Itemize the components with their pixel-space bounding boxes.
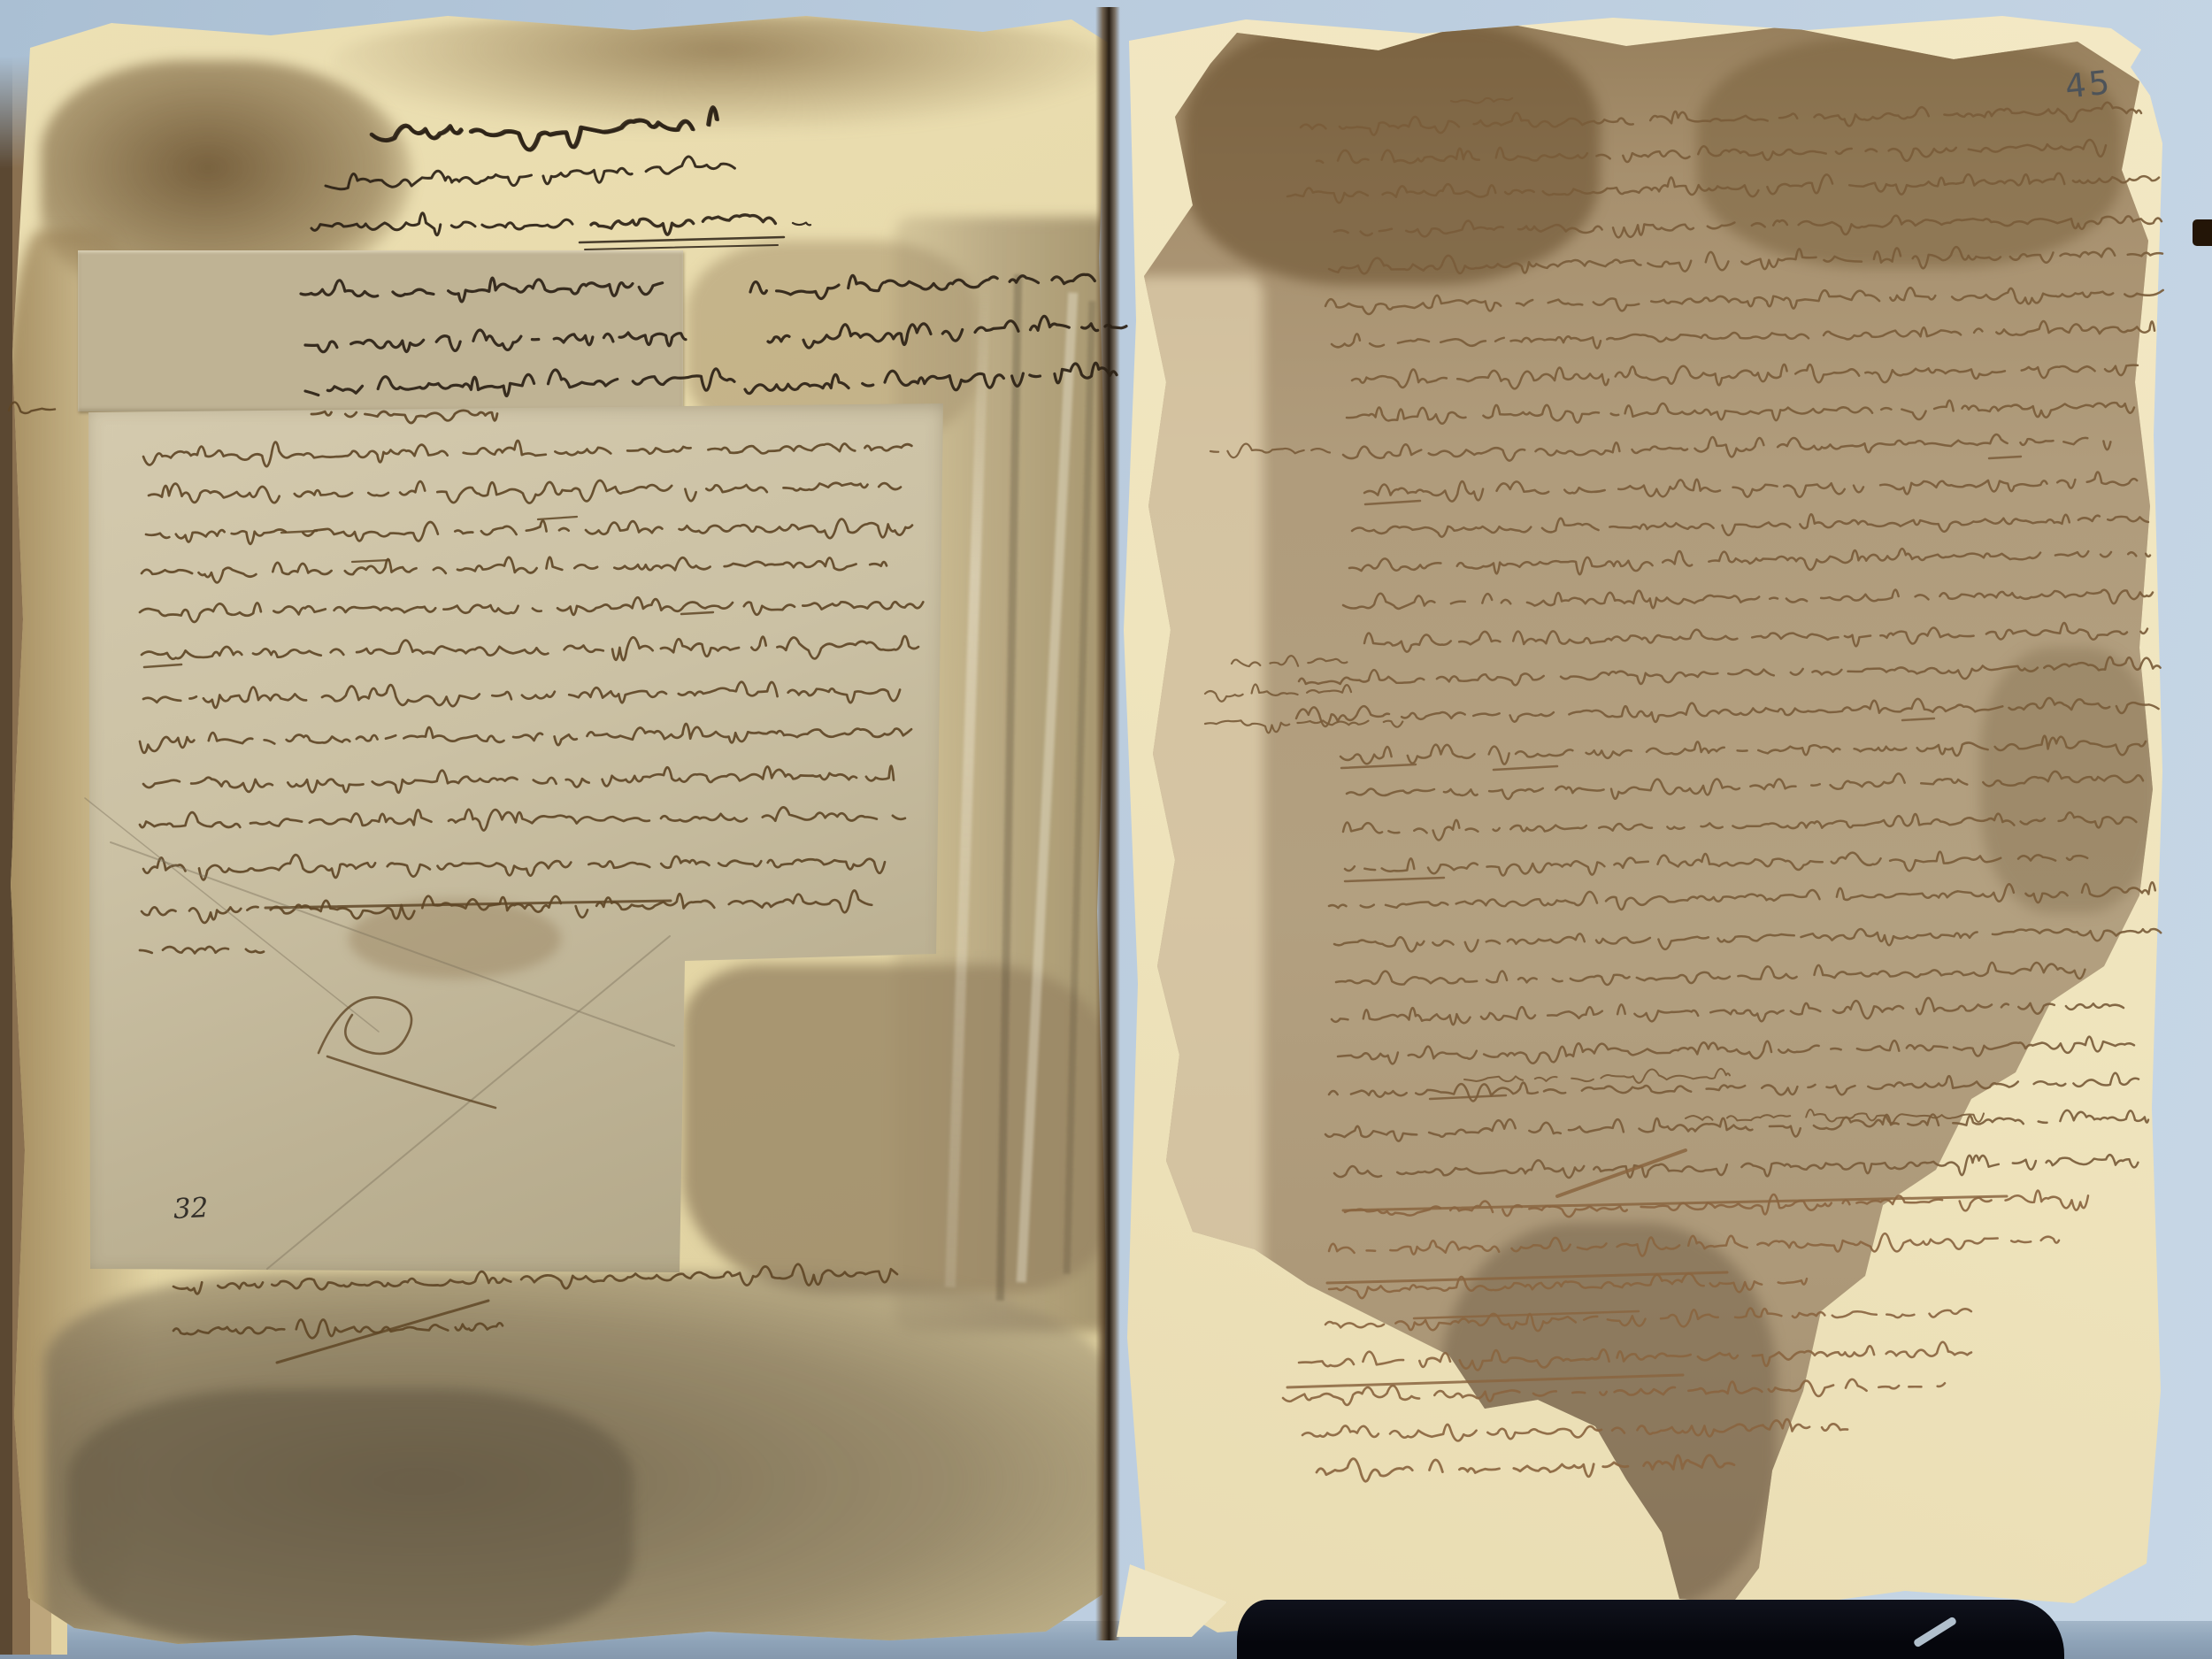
stain-mid-right — [683, 964, 1113, 1294]
folio-number-pencil: 45 — [2063, 63, 2114, 105]
stain-dark-top-left — [1184, 19, 1600, 285]
clamp-edge-notch — [2193, 219, 2212, 246]
stain-dark-top-right — [1697, 37, 2122, 267]
glint-highlight — [1913, 1616, 1958, 1647]
glued-document-upper-band — [78, 250, 683, 411]
book-gutter — [1095, 7, 1120, 1640]
manuscript-photo: 32 45 — [0, 0, 2212, 1659]
stain-right-patch — [1980, 648, 2157, 913]
stain-light-column — [1131, 276, 1263, 1285]
right-page — [1113, 11, 2162, 1634]
stain-bottom-tail — [1440, 1223, 1777, 1612]
stain-bottom-dark — [67, 1389, 634, 1646]
right-page-stain — [1113, 11, 2162, 1634]
inset-page-number: 32 — [173, 1192, 209, 1225]
stain-top-strip — [333, 14, 1111, 131]
ink-smudge — [349, 899, 561, 979]
dark-object-foreground — [1237, 1600, 2064, 1659]
